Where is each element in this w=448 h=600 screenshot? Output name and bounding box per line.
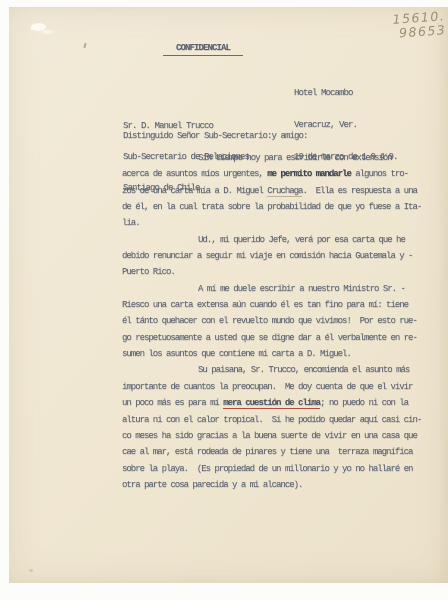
letterhead-place: Veracruz, Ver. <box>294 120 398 131</box>
emphasized-phrase: me permito mandarle <box>267 169 351 179</box>
letter-body: Sin tiempo hoy para escribirle con exten… <box>122 150 422 493</box>
paper-speck <box>83 43 86 48</box>
letter-line: un poco más es para mí mera cuestión de … <box>122 395 422 411</box>
letter-line: importante de cuantos la preocupan. Me d… <box>122 379 422 395</box>
letter-line: Riesco una carta extensa aún cuando él e… <box>122 297 422 313</box>
emphasized-phrase: mera cuestión de clima <box>223 398 320 409</box>
letter-line: acerca de asuntos míos urgentes, me perm… <box>122 166 422 182</box>
letter-line: Ud., mi querido Jefe, verá por esa carta… <box>122 232 422 248</box>
confidential-stamp: CONFIDENCIAL <box>163 43 243 56</box>
letterhead-hotel: Hotel Mocambo <box>294 88 398 99</box>
scanned-letter-page: { "colors": { "ink": "#5a6170", "ink_dar… <box>0 0 448 600</box>
paper-speck <box>29 569 33 572</box>
letter-line: sobre la playa. (Es propiedad de un mill… <box>122 461 422 477</box>
letter-line: A mí me duele escribir a nuestro Ministr… <box>122 281 422 297</box>
letter-line: lia. <box>122 215 422 231</box>
letter-line: altura ni con el calor tropical. Si he p… <box>122 412 422 428</box>
recipient-name: Sr. D. Manuel Trucco <box>123 121 249 131</box>
letter-line: otra parte cosa parecida y a mi alcance)… <box>122 477 422 493</box>
letter-line: Sin tiempo hoy para escribirle con exten… <box>122 150 422 166</box>
letter-line: debido renunciar a seguir mi viaje en co… <box>122 248 422 264</box>
letter-line: él tánto quehacer con el revuelto mundo … <box>122 313 422 329</box>
letter-line: sumen los asuntos que contiene mi carta … <box>122 346 422 362</box>
letter-line: zos de una carta mía a D. Miguel Cruchag… <box>122 183 422 199</box>
paper-tear-mark <box>31 23 46 31</box>
letter-line: de él, en la cual trata sobre la probabi… <box>122 199 422 215</box>
salutation: Distinguido Señor Sub-Secretario:y amigo… <box>123 131 308 141</box>
letter-line: cae al mar, está rodeada de pinares y ti… <box>122 444 422 460</box>
archive-numbers: 15610. 98653 <box>392 9 447 40</box>
letter-line: go respetuosamente a usted que se digne … <box>122 330 422 346</box>
letter-line: Puerto Rico. <box>122 264 422 280</box>
letter-line: Su paisana, Sr. Trucco, encomienda el as… <box>122 362 422 378</box>
letter-line: co meses ha sido gracias a la buena suer… <box>122 428 422 444</box>
emphasized-phrase: Cruchaga <box>267 186 302 197</box>
